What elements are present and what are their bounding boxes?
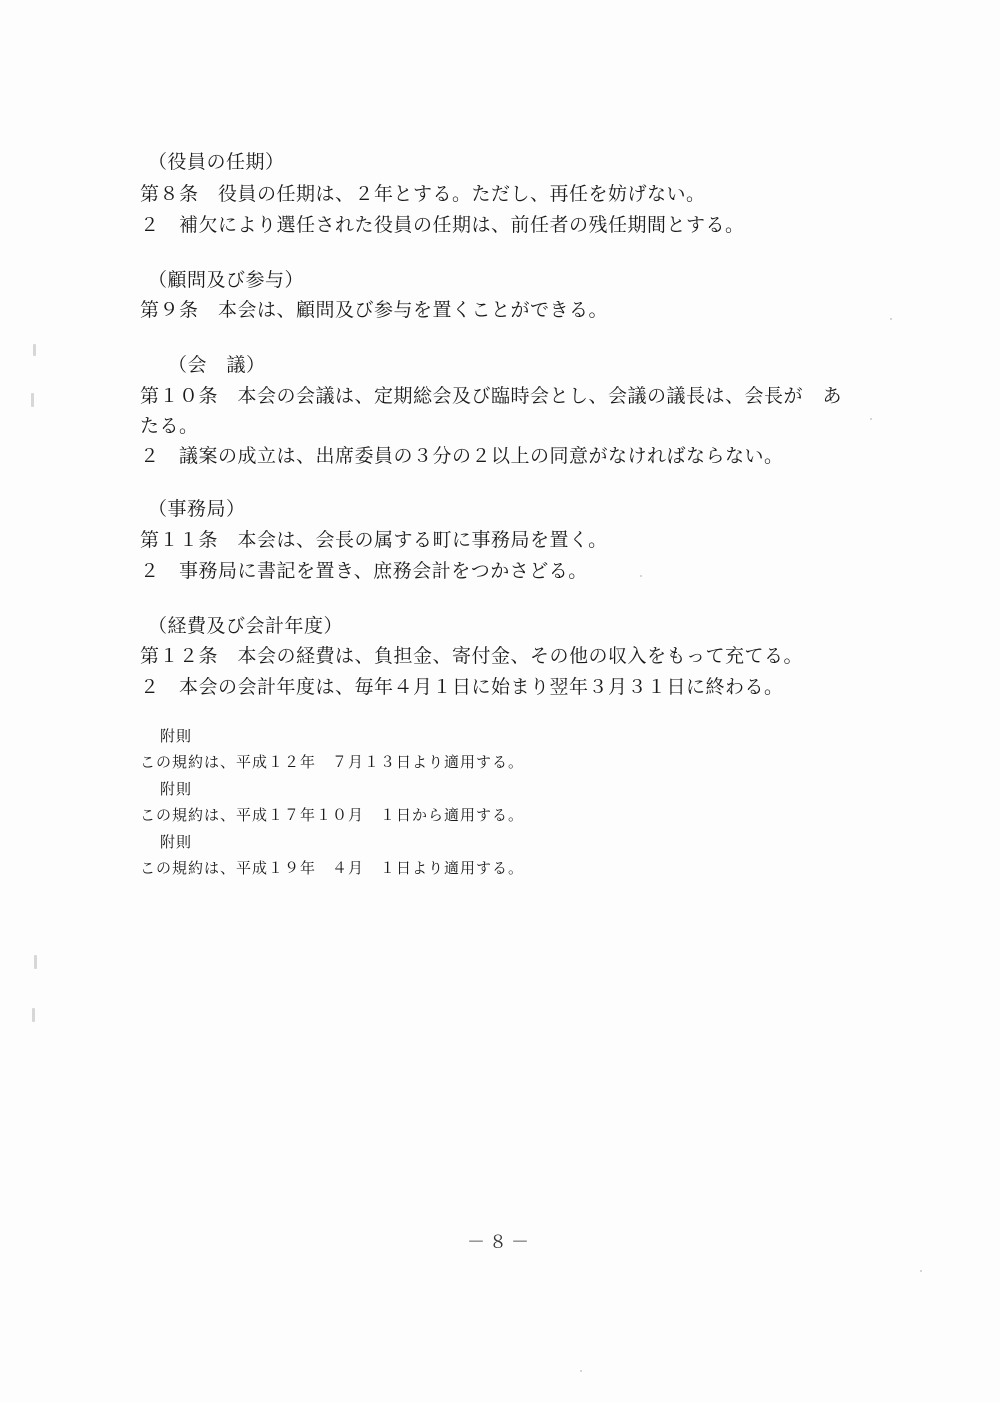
article-12: 第１２条 本会の経費は、負担金、寄付金、その他の収入をもって充てる。 (140, 644, 803, 668)
article-8: 第８条 役員の任期は、２年とする。ただし、再任を妨げない。 (140, 182, 706, 206)
section-heading-secretariat: （事務局） (148, 497, 246, 521)
scan-mark (34, 955, 37, 969)
section-heading-expenses-fiscal-year: （経費及び会計年度） (148, 614, 343, 638)
scan-speck (890, 318, 892, 320)
page-number: －８－ (0, 1228, 1000, 1254)
supplementary-title-1: 附則 (160, 726, 192, 746)
article-10: 第１０条 本会の会議は、定期総会及び臨時会とし、会議の議長は、会長が あ (140, 384, 842, 408)
supplementary-title-2: 附則 (160, 779, 192, 799)
article-8-paragraph-2: ２ 補欠により選任された役員の任期は、前任者の残任期間とする。 (140, 213, 745, 237)
section-heading-officer-term: （役員の任期） (148, 150, 285, 174)
scan-speck (580, 1370, 582, 1372)
article-11: 第１１条 本会は、会長の属する町に事務局を置く。 (140, 528, 608, 552)
supplementary-title-3: 附則 (160, 832, 192, 852)
supplementary-text-3: この規約は、平成１９年 ４月 １日より適用する。 (140, 858, 524, 878)
article-11-paragraph-2: ２ 事務局に書記を置き、庶務会計をつかさどる。 (140, 559, 588, 583)
scan-mark (31, 393, 34, 407)
document-page: （役員の任期） 第８条 役員の任期は、２年とする。ただし、再任を妨げない。 ２ … (0, 0, 1000, 1403)
supplementary-text-2: この規約は、平成１７年１０月 １日から適用する。 (140, 805, 524, 825)
article-10-paragraph-2: ２ 議案の成立は、出席委員の３分の２以上の同意がなければならない。 (140, 444, 784, 468)
article-9: 第９条 本会は、顧問及び参与を置くことができる。 (140, 298, 608, 322)
article-10-continued: たる。 (140, 414, 199, 438)
scan-speck (920, 1270, 922, 1272)
scan-speck (870, 418, 872, 420)
scan-mark (33, 344, 36, 356)
section-heading-meetings: （会 議） (168, 353, 266, 377)
scan-mark (32, 1008, 35, 1022)
scan-speck (640, 575, 642, 577)
article-12-paragraph-2: ２ 本会の会計年度は、毎年４月１日に始まり翌年３月３１日に終わる。 (140, 675, 784, 699)
supplementary-text-1: この規約は、平成１２年 ７月１３日より適用する。 (140, 752, 524, 772)
section-heading-advisors: （顧問及び参与） (148, 268, 304, 292)
